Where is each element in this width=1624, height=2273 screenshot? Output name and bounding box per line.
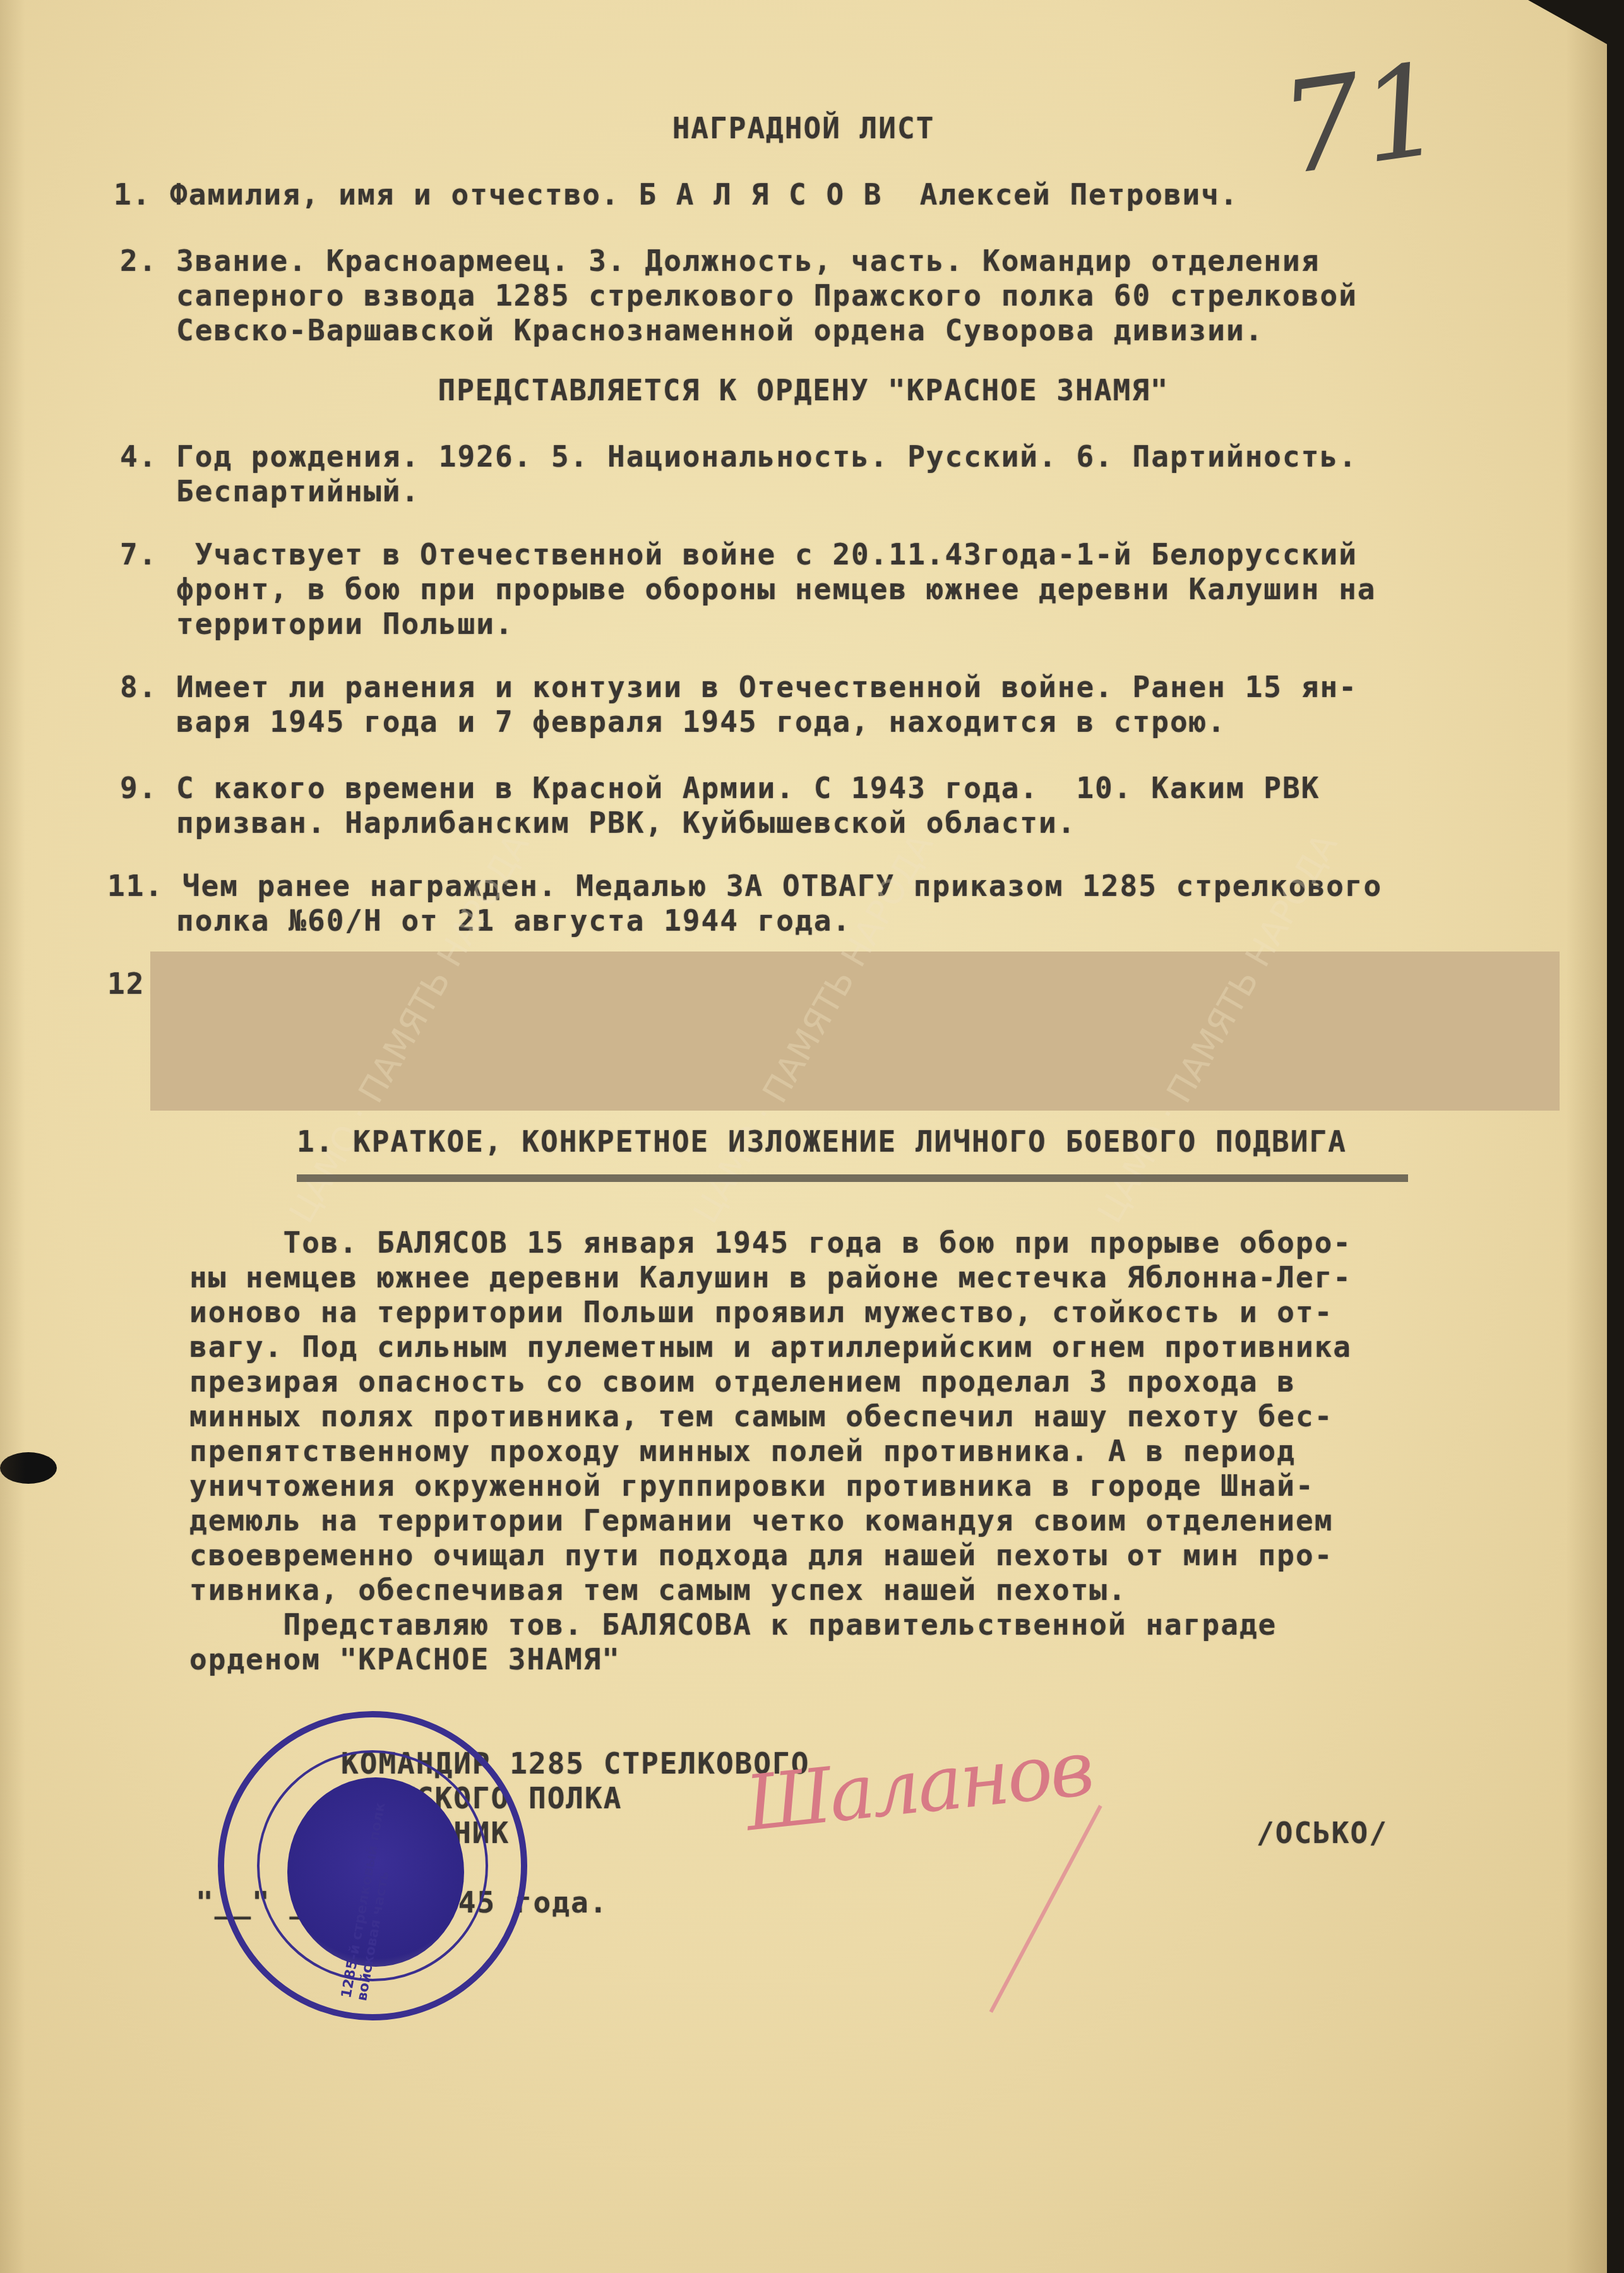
presented-for-heading: ПРЕДСТАВЛЯЕТСЯ К ОРДЕНУ "КРАСНОЕ ЗНАМЯ" [0, 373, 1607, 408]
item-8-line-2: варя 1945 года и 7 февраля 1945 года, на… [120, 704, 1226, 739]
feat-line: вагу. Под сильным пулеметным и артиллери… [189, 1329, 1352, 1364]
handwritten-signature: Шаланов [741, 1725, 1096, 1849]
feat-line: препятственному проходу минных полей про… [189, 1433, 1296, 1469]
item-8-line-1: 8. Имеет ли ранения и контузии в Отечест… [120, 669, 1358, 705]
feat-line: орденом "КРАСНОЕ ЗНАМЯ" [189, 1642, 621, 1677]
document-title: НАГРАДНОЙ ЛИСТ [0, 110, 1607, 146]
item-7-line-2: фронт, в бою при прорыве обороны немцев … [120, 571, 1376, 607]
feat-line: ионово на территории Польши проявил муже… [189, 1294, 1333, 1330]
field-name: 1. Фамилия, имя и отчество. Б А Л Я С О … [114, 177, 1239, 212]
signature-stroke [989, 1805, 1102, 2013]
item-7-line-1: 7. Участвует в Отечественной войне с 20.… [120, 537, 1358, 572]
field-rank-position: 2. Звание. Красноармеец. 3. Должность, ч… [120, 243, 1320, 278]
feat-line: тивника, обеспечивая тем самым успех наш… [189, 1572, 1127, 1608]
feat-heading: 1. КРАТКОЕ, КОНКРЕТНОЕ ИЗЛОЖЕНИЕ ЛИЧНОГО… [297, 1124, 1347, 1159]
redaction-box: ЦАМО · ПАМЯТЬ НАРОДА ЦАМО · ПАМЯТЬ НАРОД… [150, 952, 1560, 1111]
item-6-party: Беспартийный. [120, 474, 420, 509]
feat-line: минных полях противника, тем самым обесп… [189, 1399, 1333, 1434]
feat-line: Тов. БАЛЯСОВ 15 января 1945 года в бою п… [189, 1225, 1352, 1260]
feat-line: Представляю тов. БАЛЯСОВА к правительств… [189, 1607, 1277, 1642]
feat-line: уничтожения окруженной группировки проти… [189, 1468, 1315, 1503]
item-9-10-line-1: 9. С какого времени в Красной Армии. С 1… [120, 770, 1320, 806]
ink-smudge [0, 1452, 57, 1484]
item-10-line-2: призван. Нарлибанским РВК, Куйбышевской … [120, 805, 1076, 840]
regiment-seal-stamp: 1285-й стрелковый полк войсковая часть [218, 1711, 527, 2020]
item-4-birth-nationality: 4. Год рождения. 1926. 5. Национальность… [120, 439, 1358, 474]
field-unit-line-1: саперного взвода 1285 стрелкового Пражск… [120, 278, 1358, 313]
signer-name: /ОСЬКО/ [1257, 1815, 1388, 1851]
item-11-line-1: 11. Чем ранее награжден. Медалью ЗА ОТВА… [107, 868, 1382, 904]
field-unit-line-2: Севско-Варшавской Краснознаменной ордена… [120, 313, 1263, 348]
feat-line: демюль на территории Германии четко кома… [189, 1503, 1333, 1538]
feat-line: своевременно очищал пути подхода для наш… [189, 1537, 1333, 1573]
heading-underline [297, 1174, 1408, 1182]
feat-line: презирая опасность со своим отделением п… [189, 1364, 1296, 1399]
feat-line: ны немцев южнее деревни Калушин в районе… [189, 1260, 1352, 1295]
award-sheet-page: 71 НАГРАДНОЙ ЛИСТ 1. Фамилия, имя и отче… [0, 0, 1607, 2273]
item-7-line-3: территории Польши. [120, 606, 514, 641]
